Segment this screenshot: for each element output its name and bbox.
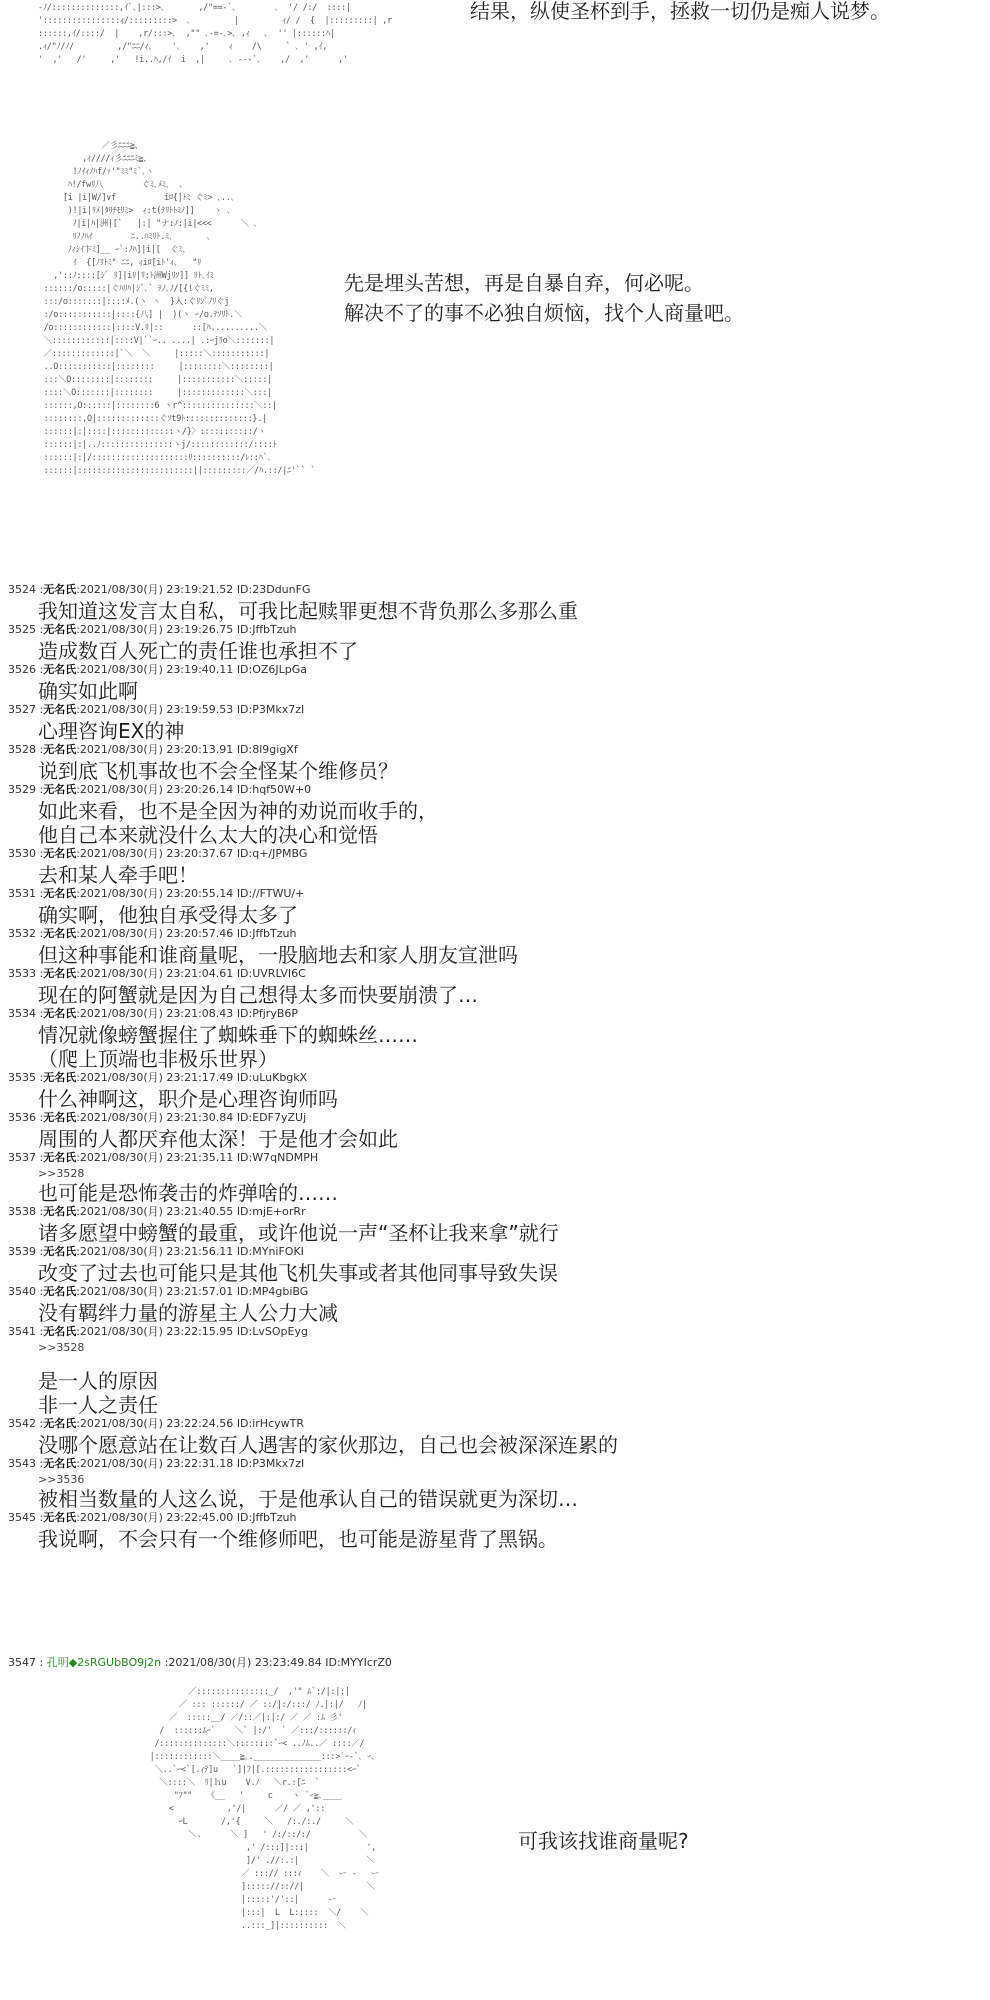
ascii-art-line: ／ :::// :::ｨ ＼ ー - ー xyxy=(140,1868,379,1881)
post-body-line: 非一人之责任 xyxy=(38,1393,978,1417)
post-id[interactable]: ID:JffbTzuh xyxy=(237,1511,297,1524)
ascii-art-line: ,'::ﾉ::::[ｼﾞ ﾘ]|iﾘ|ﾘ:ﾄ洲Wjﾘｿ]] ﾘﾄ､ｲﾐ xyxy=(34,270,315,283)
post-number[interactable]: 3539 xyxy=(8,1245,36,1258)
post-body: 造成数百人死亡的责任谁也承担不了 xyxy=(8,639,978,663)
post-body: 什么神啊这，职介是心理咨询师吗 xyxy=(8,1087,978,1111)
poster-name: 无名氏 xyxy=(43,703,76,716)
post-header: 3532 :无名氏:2021/08/30(月) 23:20:57.46 ID:J… xyxy=(8,927,978,943)
post: 3531 :无名氏:2021/08/30(月) 23:20:55.14 ID:/… xyxy=(8,887,978,927)
post: 3527 :无名氏:2021/08/30(月) 23:19:59.53 ID:P… xyxy=(8,703,978,743)
ascii-art-line: :/o:::::::::::|::::{八] | )(ヽ ｰ/o.ﾃｿﾘﾄ.＼ xyxy=(34,309,315,322)
ascii-art-line: :::/o:::::::|::::ﾒ.(ヽ ヽ }入:ぐﾘｼﾞﾉﾘぐj xyxy=(34,296,315,309)
post-date: 2021/08/30(月) 23:20:55.14 xyxy=(80,887,233,900)
ascii-art-line: / ::::::ﾑｰ` ＼` |:/' ` ／:::/::::::/ｨ xyxy=(140,1725,379,1738)
spacer xyxy=(8,1355,978,1369)
post-body: 被相当数量的人这么说，于是他承认自己的错误就更为深切… xyxy=(8,1487,978,1511)
ascii-art-line: ::::::|:|::::|:::::::::::::ヽ/}〉:::::::::… xyxy=(34,426,315,439)
separator: : xyxy=(36,1656,47,1669)
post-header: 3542 :无名氏:2021/08/30(月) 23:22:24.56 ID:i… xyxy=(8,1417,978,1433)
poster-name: 无名氏 xyxy=(43,1071,76,1084)
post-date: 2021/08/30(月) 23:20:57.46 xyxy=(80,927,233,940)
post-date: 2021/08/30(月) 23:20:37.67 xyxy=(80,847,233,860)
post-body-line: 诸多愿望中螃蟹的最重，或许他说一声“圣杯让我来拿”就行 xyxy=(38,1221,978,1245)
post-header: 3537 :无名氏:2021/08/30(月) 23:21:35.11 ID:W… xyxy=(8,1151,978,1167)
post-header: 3545 :无名氏:2021/08/30(月) 23:22:45.00 ID:J… xyxy=(8,1511,978,1527)
author-name-trip: 孔明◆2sRGUbBO9j2n xyxy=(47,1656,161,1669)
post-body-line: 情况就像螃蟹握住了蜘蛛垂下的蜘蛛丝…… xyxy=(38,1023,978,1047)
post-date: 2021/08/30(月) 23:21:30.84 xyxy=(80,1111,233,1124)
post-id[interactable]: ID:UVRLVI6C xyxy=(237,967,306,980)
post-body-line: 他自己本来就没什么太大的决心和觉悟 xyxy=(38,823,978,847)
post: 3540 :无名氏:2021/08/30(月) 23:21:57.01 ID:M… xyxy=(8,1285,978,1325)
ascii-art-line: |::::::::::::＼____≧､.______________:::>`… xyxy=(140,1751,379,1764)
post-date: 2021/08/30(月) 23:22:15.95 xyxy=(80,1325,233,1338)
post-number[interactable]: 3542 xyxy=(8,1417,36,1430)
post: 3543 :无名氏:2021/08/30(月) 23:22:31.18 ID:P… xyxy=(8,1457,978,1511)
post-body-line: 确实如此啊 xyxy=(38,679,978,703)
post-header: 3541 :无名氏:2021/08/30(月) 23:22:15.95 ID:L… xyxy=(8,1325,978,1341)
post-body: 情况就像螃蟹握住了蜘蛛垂下的蜘蛛丝……（爬上顶端也非极乐世界） xyxy=(8,1023,978,1071)
ascii-art-line: ::::::/o:::::|ぐﾊﾘﾊ|ｼﾞ､` ﾃﾉ､ﾉ/[{!ぐﾐﾐ, xyxy=(34,283,315,296)
post-number[interactable]: 3526 xyxy=(8,663,36,676)
post-number[interactable]: 3536 xyxy=(8,1111,36,1124)
poster-name: 无名氏 xyxy=(43,1285,76,1298)
poster-name: 无名氏 xyxy=(43,1417,76,1430)
post-header: 3543 :无名氏:2021/08/30(月) 23:22:31.18 ID:P… xyxy=(8,1457,978,1473)
post-date: 2021/08/30(月) 23:19:21.52 xyxy=(80,583,233,596)
post-body-line: 没有羁绊力量的游星主人公力大减 xyxy=(38,1301,978,1325)
poster-name: 无名氏 xyxy=(43,1245,76,1258)
post-body-line: 被相当数量的人这么说，于是他承认自己的错误就更为深切… xyxy=(38,1487,978,1511)
post-date: 2021/08/30(月) 23:20:13.91 xyxy=(80,743,233,756)
post-number[interactable]: 3530 xyxy=(8,847,36,860)
post-date: 2021/08/30(月) 23:19:26.75 xyxy=(80,623,233,636)
post-number[interactable]: 3540 xyxy=(8,1285,36,1298)
post: 3528 :无名氏:2021/08/30(月) 23:20:13.91 ID:8… xyxy=(8,743,978,783)
post-number[interactable]: 3543 xyxy=(8,1457,36,1470)
post-header: 3536 :无名氏:2021/08/30(月) 23:21:30.84 ID:E… xyxy=(8,1111,978,1127)
ascii-art-line: /o::::::::::::|::::V.ﾘ|:: ::[ﾊ..........… xyxy=(34,322,315,335)
poster-name: 无名氏 xyxy=(43,927,76,940)
post: 3542 :无名氏:2021/08/30(月) 23:22:24.56 ID:i… xyxy=(8,1417,978,1457)
post-header: 3528 :无名氏:2021/08/30(月) 23:20:13.91 ID:8… xyxy=(8,743,978,759)
ascii-art-line: ＼::::＼ ﾘ|ｈu V.ﾉ ＼r.:[ﾆ ` xyxy=(140,1777,379,1790)
ascii-art-line: ／ :::::__/ ／/::／|:|:/ ／ ／ :ﾑ 彡' xyxy=(140,1712,379,1725)
post-number[interactable]: 3538 xyxy=(8,1205,36,1218)
post: 3538 :无名氏:2021/08/30(月) 23:21:40.55 ID:m… xyxy=(8,1205,978,1245)
ascii-art-line: :::＼O::::::::|:::::::: |:::::::::::＼::::… xyxy=(34,374,315,387)
ascii-art-line: |:::::'/'::| ー xyxy=(140,1894,379,1907)
post-header: 3538 :无名氏:2021/08/30(月) 23:21:40.55 ID:m… xyxy=(8,1205,978,1221)
post: 3526 :无名氏:2021/08/30(月) 23:19:40.11 ID:O… xyxy=(8,663,978,703)
post-header: 3525 :无名氏:2021/08/30(月) 23:19:26.75 ID:J… xyxy=(8,623,978,639)
post-body: 但这种事能和谁商量呢，一股脑地去和家人朋友宣泄吗 xyxy=(8,943,978,967)
ascii-art-line: |:::| L L::::: ＼/ ＼ xyxy=(140,1907,379,1920)
poster-name: 无名氏 xyxy=(43,583,76,596)
post: 3524 :无名氏:2021/08/30(月) 23:19:21.52 ID:2… xyxy=(8,583,978,623)
caption-top: 结果，纵使圣杯到手，拯救一切仍是痴人说梦。 xyxy=(470,0,890,26)
poster-name: 无名氏 xyxy=(43,1325,76,1338)
post-body-line: 现在的阿蟹就是因为自己想得太多而快要崩溃了… xyxy=(38,983,978,1007)
poster-name: 无名氏 xyxy=(43,967,76,980)
post-id[interactable]: ID:MYYIcrZ0 xyxy=(325,1656,392,1669)
ascii-art-line: ／彡ﾆﾆﾆ≧、 xyxy=(34,140,315,153)
post-header: 3526 :无名氏:2021/08/30(月) 23:19:40.11 ID:O… xyxy=(8,663,978,679)
post-header: 3535 :无名氏:2021/08/30(月) 23:21:17.49 ID:u… xyxy=(8,1071,978,1087)
post-body: 确实如此啊 xyxy=(8,679,978,703)
post-number[interactable]: 3547 xyxy=(8,1656,36,1669)
post-header: 3529 :无名氏:2021/08/30(月) 23:20:26.14 ID:h… xyxy=(8,783,978,799)
post-header: 3534 :无名氏:2021/08/30(月) 23:21:08.43 ID:P… xyxy=(8,1007,978,1023)
post-header: 3533 :无名氏:2021/08/30(月) 23:21:04.61 ID:U… xyxy=(8,967,978,983)
ascii-art-line: !ﾉｲｨﾉﾊf/ｧ'"ﾐﾐ"ﾐ`､ヽ xyxy=(34,166,315,179)
poster-name: 无名氏 xyxy=(43,1457,76,1470)
post: 3536 :无名氏:2021/08/30(月) 23:21:30.84 ID:E… xyxy=(8,1111,978,1151)
post-date: 2021/08/30(月) 23:19:40.11 xyxy=(80,663,233,676)
post-body-line: 我说啊，不会只有一个维修师吧，也可能是游星背了黑锅。 xyxy=(38,1527,978,1551)
post-body-line: 也可能是恐怖袭击的炸弹啥的…… xyxy=(38,1181,978,1205)
ascii-art-line: ,ｨ////ｨ彡ﾆﾆﾆﾐ≧、 xyxy=(34,153,315,166)
post-body: 也可能是恐怖袭击的炸弹啥的…… xyxy=(8,1181,978,1205)
post-body: 没哪个愿意站在让数百人遇害的家伙那边，自己也会被深深连累的 xyxy=(8,1433,978,1457)
ascii-art-line: ﾉ|i|ﾊ|洲|[` |:| "ナ:ﾉ:|i|<<< ＼ ､ xyxy=(34,218,315,231)
post-id[interactable]: ID:MP4gbiBG xyxy=(237,1285,308,1298)
poster-name: 无名氏 xyxy=(43,1511,76,1524)
post-id[interactable]: ID:P3Mkx7zI xyxy=(237,1457,304,1470)
ascii-art-line: ﾊ!/fwﾘ八 ぐﾐ､ﾒﾐ､ ､ xyxy=(34,179,315,192)
post-body-line: （爬上顶端也非极乐世界） xyxy=(38,1047,978,1071)
ascii-art-line: ::::＼O:::::::|:::::::: |:::::::::::::＼::… xyxy=(34,387,315,400)
post-body-line: 去和某人牵手吧！ xyxy=(38,863,978,887)
ascii-art-line: ..:::_]|:::::::::: ＼ xyxy=(140,1920,379,1933)
ascii-art-line: -ﾉ/::::::::::::::,ｲ`､|:::>､ ,/"==-`､ ､ '… xyxy=(38,2,392,15)
ascii-art-line: ::::::,O::::::|::::::::6 ヽr^::::::::::::… xyxy=(34,400,315,413)
post-body-line: 改变了过去也可能只是其他飞机失事或者其他同事导致失误 xyxy=(38,1261,978,1285)
post-header: 3524 :无名氏:2021/08/30(月) 23:19:21.52 ID:2… xyxy=(8,583,978,599)
ascii-art-line: ' ,' /' ,' !i..ﾊ,/ｲ i ,| ､ ---`､ ,/ ,' ,… xyxy=(38,54,392,67)
poster-name: 无名氏 xyxy=(43,743,76,756)
ascii-art-line: ..O:::::::::::|:::::::: |::::::::＼::::::… xyxy=(34,361,315,374)
post-date: 2021/08/30(月) 23:21:17.49 xyxy=(80,1071,233,1084)
post-body: 心理咨询EX的神 xyxy=(8,719,978,743)
post-header: 3539 :无名氏:2021/08/30(月) 23:21:56.11 ID:M… xyxy=(8,1245,978,1261)
post-header: 3540 :无名氏:2021/08/30(月) 23:21:57.01 ID:M… xyxy=(8,1285,978,1301)
thread: 3524 :无名氏:2021/08/30(月) 23:19:21.52 ID:2… xyxy=(8,583,978,1551)
post: 3535 :无名氏:2021/08/30(月) 23:21:17.49 ID:u… xyxy=(8,1071,978,1111)
reply-link[interactable]: >>3536 xyxy=(8,1473,978,1487)
ascii-art-line: ｰL /,'{ ＼ /:./:./ ＼ xyxy=(140,1816,379,1829)
post-body: 我说啊，不会只有一个维修师吧，也可能是游星背了黑锅。 xyxy=(8,1527,978,1551)
post-id[interactable]: ID://FTWU/+ xyxy=(237,887,305,900)
post-id[interactable]: ID:P3Mkx7zI xyxy=(237,703,304,716)
post: 3541 :无名氏:2021/08/30(月) 23:22:15.95 ID:L… xyxy=(8,1325,978,1417)
post-id[interactable]: ID:EDF7yZUj xyxy=(237,1111,306,1124)
post-date: 2021/08/30(月) 23:21:40.55 xyxy=(80,1205,233,1218)
post-body: 诸多愿望中螃蟹的最重，或许他说一声“圣杯让我来拿”就行 xyxy=(8,1221,978,1245)
post-id[interactable]: ID:W7qNDMPH xyxy=(237,1151,318,1164)
caption-bottom: 可我该找谁商量呢? xyxy=(518,1826,689,1856)
poster-name: 无名氏 xyxy=(43,783,76,796)
post-body-line: 确实啊，他独自承受得太多了 xyxy=(38,903,978,927)
ascii-art-line: ,' /:::]|:::| ', xyxy=(140,1842,379,1855)
post-id[interactable]: ID:PfjryB6P xyxy=(237,1007,298,1020)
poster-name: 无名氏 xyxy=(43,1007,76,1020)
post-number[interactable]: 3533 xyxy=(8,967,36,980)
post-body-line: 我知道这发言太自私，可我比起赎罪更想不背负那么多那么重 xyxy=(38,599,978,623)
ascii-art-line: [i |i|W/]∨f iﾛ{|ﾄﾐ ぐﾐ> ､..､ xyxy=(34,192,315,205)
ascii-art-line: ﾘﾉﾉﾊｲ ﾆ..ﾊﾐﾘﾄ.ﾐ､ ､ xyxy=(34,231,315,244)
ascii-art-line: ﾉｨｼｲ卞ﾐ]__ ｰ`:ﾉﾊ]|i|[ ぐﾐ､ xyxy=(34,244,315,257)
post-number[interactable]: 3529 xyxy=(8,783,36,796)
poster-name: 无名氏 xyxy=(43,663,76,676)
post-number[interactable]: 3532 xyxy=(8,927,36,940)
caption-middle-line-2: 解决不了的事不必独自烦恼，找个人商量吧。 xyxy=(344,298,744,328)
post-id[interactable]: ID:JffbTzuh xyxy=(237,927,297,940)
ascii-art-line: )!|i|ﾘﾒ|ﾀﾘﾁﾓﾘﾐ> ｨ:t(ﾃﾘﾄﾄﾐﾉ]] ヽ ､ xyxy=(34,205,315,218)
post-date: 2021/08/30(月) 23:21:08.43 xyxy=(80,1007,233,1020)
post-body-line: 周围的人都厌弃他太深！于是他才会如此 xyxy=(38,1127,978,1151)
post-number[interactable]: 3528 xyxy=(8,743,36,756)
post-body-line: 但这种事能和谁商量呢，一股脑地去和家人朋友宣泄吗 xyxy=(38,943,978,967)
post-number[interactable]: 3537 xyxy=(8,1151,36,1164)
post-body-line: 如此来看，也不是全因为神的劝说而收手的， xyxy=(38,799,978,823)
ascii-art-line: ／:::::::::::::|`＼ ＼ |:::::＼:::::::::::| xyxy=(34,348,315,361)
post-id[interactable]: ID:mjE+orRr xyxy=(237,1205,306,1218)
ascii-art-bottom: ／:::::::::::::::_/ ,'" ﾑ`:/|:|:| ／ ::: :… xyxy=(140,1686,379,1933)
ascii-art-top: -ﾉ/::::::::::::::,ｲ`､|:::>､ ,/"==-`､ ､ '… xyxy=(38,2,392,67)
ascii-art-middle: ／彡ﾆﾆﾆ≧、 ,ｨ////ｨ彡ﾆﾆﾆﾐ≧、 !ﾉｲｨﾉﾊf/ｧ'"ﾐﾐ"ﾐ`､… xyxy=(34,140,315,478)
post-number[interactable]: 3525 xyxy=(8,623,36,636)
ascii-art-line: ]/' .//:.:| ＼ xyxy=(140,1855,379,1868)
post-number[interactable]: 3524 xyxy=(8,583,36,596)
post-body: 去和某人牵手吧！ xyxy=(8,863,978,887)
post-id[interactable]: ID:23DdunFG xyxy=(237,583,311,596)
ascii-art-line: ::::::,ｲ/::::/ | ,r/:::>､ ,"" ､-=-､>､ ,ｨ… xyxy=(38,28,392,41)
post-body-line: 什么神啊这，职介是心理咨询师吗 xyxy=(38,1087,978,1111)
post-body: 如此来看，也不是全因为神的劝说而收手的，他自己本来就没什么太大的决心和觉悟 xyxy=(8,799,978,847)
ascii-art-line: ::::::|::::::::::::::::::::::::||:::::::… xyxy=(34,465,315,478)
post-id[interactable]: ID:LvSOpEyg xyxy=(237,1325,308,1338)
post-body: 没有羁绊力量的游星主人公力大减 xyxy=(8,1301,978,1325)
post-number[interactable]: 3527 xyxy=(8,703,36,716)
reply-link[interactable]: >>3528 xyxy=(8,1167,978,1181)
post-body: 现在的阿蟹就是因为自己想得太多而快要崩溃了… xyxy=(8,983,978,1007)
poster-name: 无名氏 xyxy=(43,623,76,636)
ascii-art-line: ＼. ＼ ] ' /:/::/:/ ＼ xyxy=(140,1829,379,1842)
post: 3525 :无名氏:2021/08/30(月) 23:19:26.75 ID:J… xyxy=(8,623,978,663)
post-id[interactable]: ID:JffbTzuh xyxy=(237,623,297,636)
post-number[interactable]: 3535 xyxy=(8,1071,36,1084)
post: 3545 :无名氏:2021/08/30(月) 23:22:45.00 ID:J… xyxy=(8,1511,978,1551)
post-date: 2021/08/30(月) 23:20:26.14 xyxy=(80,783,233,796)
poster-name: 无名氏 xyxy=(43,847,76,860)
post-body: 确实啊，他独自承受得太多了 xyxy=(8,903,978,927)
post-number[interactable]: 3545 xyxy=(8,1511,36,1524)
post-body-line: 说到底飞机事故也不会全怪某个维修员？ xyxy=(38,759,978,783)
post-id[interactable]: ID:uLuKbgkX xyxy=(237,1071,307,1084)
post-number[interactable]: 3531 xyxy=(8,887,36,900)
post-id[interactable]: ID:MYniFOKI xyxy=(237,1245,304,1258)
post-id[interactable]: ID:hqf50W+0 xyxy=(237,783,311,796)
post-body: 我知道这发言太自私，可我比起赎罪更想不背负那么多那么重 xyxy=(8,599,978,623)
ascii-art-line: "ﾌ"" 《__ ' c ヽ `ｰ≧､____ xyxy=(140,1790,379,1803)
ascii-art-line: '::::::::::::::::ｨ/:::::::::> ､ | ｨ/ / {… xyxy=(38,15,392,28)
post-header: 3531 :无名氏:2021/08/30(月) 23:20:55.14 ID:/… xyxy=(8,887,978,903)
author-post-header: 3547 : 孔明◆2sRGUbBO9j2n :2021/08/30(月) 23… xyxy=(8,1656,392,1672)
post-id[interactable]: ID:q+/JPMBG xyxy=(237,847,308,860)
ascii-art-line: ／ ::: ::::::/ ／ ::/|:/:::/ ﾉ.|:|/ ﾉ| xyxy=(140,1699,379,1712)
ascii-art-line: ｲ {[ﾉﾘﾄﾐ" ﾆﾆ, ｨiﾛ[iﾄ'ｨ､ "ﾘ xyxy=(34,257,315,270)
ascii-art-line: ::::::|:|/::::::::::::::::::::ﾘ:::::::::… xyxy=(34,452,315,465)
ascii-art-line: ]::::://:://| ＼ xyxy=(140,1881,379,1894)
ascii-art-line: < ,'/| ／/ ／ ,':: xyxy=(140,1803,379,1816)
poster-name: 无名氏 xyxy=(43,1205,76,1218)
post-body: 是一人的原因非一人之责任 xyxy=(8,1369,978,1417)
poster-name: 无名氏 xyxy=(43,1111,76,1124)
ascii-art-line: ::::::::,O|:::::::::::::ぐｿt9ﾄ:::::::::::… xyxy=(34,413,315,426)
ascii-art-line: ::::::|:|..ﾉ:::::::::::::::ヽj/::::::::::… xyxy=(34,439,315,452)
post-body-line: 是一人的原因 xyxy=(38,1369,978,1393)
post-id[interactable]: ID:OZ6JLpGa xyxy=(237,663,307,676)
post-body-line: 心理咨询EX的神 xyxy=(38,719,978,743)
post: 3530 :无名氏:2021/08/30(月) 23:20:37.67 ID:q… xyxy=(8,847,978,887)
post-number[interactable]: 3534 xyxy=(8,1007,36,1020)
post-date: 2021/08/30(月) 23:23:49.84 xyxy=(168,1656,321,1669)
post-date: 2021/08/30(月) 23:22:24.56 xyxy=(80,1417,233,1430)
post-id[interactable]: ID:8l9gigXf xyxy=(237,743,298,756)
post-body-line: 造成数百人死亡的责任谁也承担不了 xyxy=(38,639,978,663)
post-id[interactable]: ID:irHcywTR xyxy=(237,1417,304,1430)
post-date: 2021/08/30(月) 23:21:57.01 xyxy=(80,1285,233,1298)
post: 3539 :无名氏:2021/08/30(月) 23:21:56.11 ID:M… xyxy=(8,1245,978,1285)
post: 3532 :无名氏:2021/08/30(月) 23:20:57.46 ID:J… xyxy=(8,927,978,967)
ascii-art-line: ＼..`ｰ<`[.ｨﾃ]u `]|ﾌ|[.:::::::::::::::::<ｰ… xyxy=(140,1764,379,1777)
ascii-art-line: .ｨ/"ﾉ/ﾉ/ ,/"ﾆﾆ/ｨ､ '､ ,' ｨ /\ ` ､ ' ,ｲ, xyxy=(38,41,392,54)
post-header: 3530 :无名氏:2021/08/30(月) 23:20:37.67 ID:q… xyxy=(8,847,978,863)
poster-name: 无名氏 xyxy=(43,887,76,900)
post-date: 2021/08/30(月) 23:22:31.18 xyxy=(80,1457,233,1470)
post: 3537 :无名氏:2021/08/30(月) 23:21:35.11 ID:W… xyxy=(8,1151,978,1205)
ascii-art-line: ＼::::::::::::|::::V|``ｰ.. ....| .:ｰjﾘo＼:… xyxy=(34,335,315,348)
post-date: 2021/08/30(月) 23:21:35.11 xyxy=(80,1151,233,1164)
post-body-line: 没哪个愿意站在让数百人遇害的家伙那边，自己也会被深深连累的 xyxy=(38,1433,978,1457)
ascii-art-line: ／:::::::::::::::_/ ,'" ﾑ`:/|:|:| xyxy=(140,1686,379,1699)
post-date: 2021/08/30(月) 23:21:56.11 xyxy=(80,1245,233,1258)
post-date: 2021/08/30(月) 23:19:59.53 xyxy=(80,703,233,716)
post-number[interactable]: 3541 xyxy=(8,1325,36,1338)
post-date: 2021/08/30(月) 23:22:45.00 xyxy=(80,1511,233,1524)
ascii-art-line: /::::::::::::::＼::::::::`ｰ< ..ﾉﾑ..／ ::::… xyxy=(140,1738,379,1751)
post: 3534 :无名氏:2021/08/30(月) 23:21:08.43 ID:P… xyxy=(8,1007,978,1071)
poster-name: 无名氏 xyxy=(43,1151,76,1164)
post-body: 改变了过去也可能只是其他飞机失事或者其他同事导致失误 xyxy=(8,1261,978,1285)
caption-middle-line-1: 先是埋头苦想，再是自暴自弃，何必呢。 xyxy=(344,268,704,298)
post-body: 说到底飞机事故也不会全怪某个维修员？ xyxy=(8,759,978,783)
post-header: 3527 :无名氏:2021/08/30(月) 23:19:59.53 ID:P… xyxy=(8,703,978,719)
post-body: 周围的人都厌弃他太深！于是他才会如此 xyxy=(8,1127,978,1151)
post-date: 2021/08/30(月) 23:21:04.61 xyxy=(80,967,233,980)
reply-link[interactable]: >>3528 xyxy=(8,1341,978,1355)
post: 3533 :无名氏:2021/08/30(月) 23:21:04.61 ID:U… xyxy=(8,967,978,1007)
post: 3529 :无名氏:2021/08/30(月) 23:20:26.14 ID:h… xyxy=(8,783,978,847)
